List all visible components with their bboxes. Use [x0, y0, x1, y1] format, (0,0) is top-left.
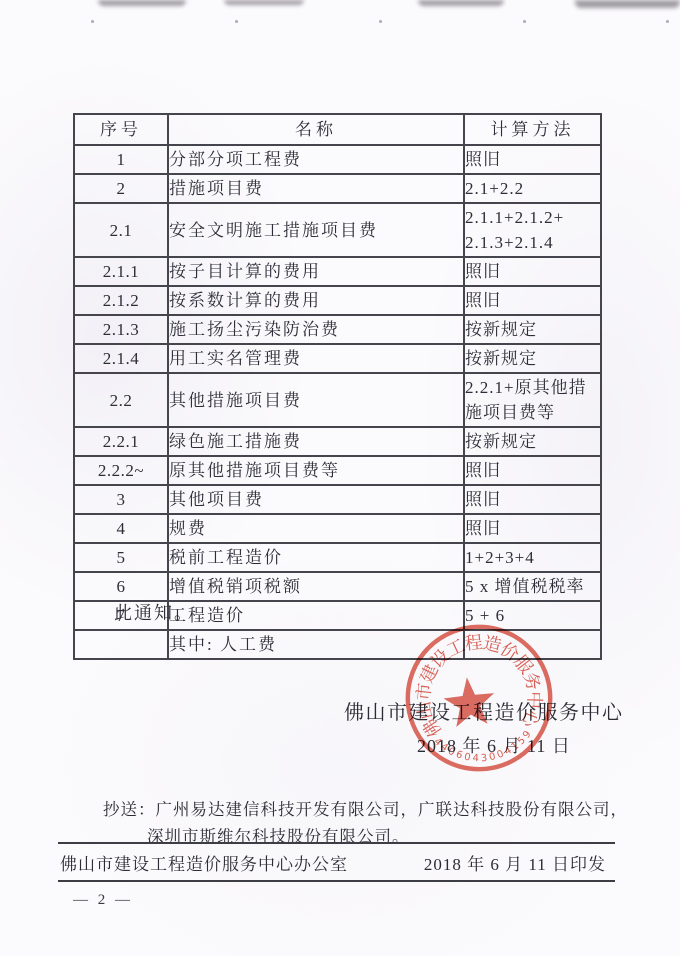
table-row: 6增值税销项税额5 x 增值税税率	[74, 572, 601, 601]
row-name: 施工扬尘污染防治费	[168, 315, 464, 344]
row-no: 2.2	[74, 373, 168, 427]
row-no: 2.2.1	[74, 427, 168, 456]
row-name: 安全文明施工措施项目费	[168, 203, 464, 257]
row-no: 6	[74, 572, 168, 601]
row-method: 2.1.1+2.1.2+ 2.1.3+2.1.4	[464, 203, 601, 257]
footer-divider-top	[58, 842, 615, 844]
notice-closing-text: 此通知。	[114, 599, 194, 625]
table-row: 2.2.1绿色施工措施费按新规定	[74, 427, 601, 456]
row-name: 用工实名管理费	[168, 344, 464, 373]
row-method: 照旧	[464, 286, 601, 315]
row-no: 3	[74, 485, 168, 514]
table-row: 2.1.3施工扬尘污染防治费按新规定	[74, 315, 601, 344]
table-row: 5税前工程造价1+2+3+4	[74, 543, 601, 572]
row-no: 2	[74, 174, 168, 203]
row-method: 1+2+3+4	[464, 543, 601, 572]
row-no: 2.1.1	[74, 257, 168, 286]
row-method: 2.1+2.2	[464, 174, 601, 203]
row-name: 绿色施工措施费	[168, 427, 464, 456]
row-name: 规费	[168, 514, 464, 543]
footer-divider-bottom	[58, 880, 615, 882]
row-no: 2.1.4	[74, 344, 168, 373]
row-name: 其他项目费	[168, 485, 464, 514]
table-row: 4规费照旧	[74, 514, 601, 543]
footer-print-date: 2018 年 6 月 11 日印发	[424, 850, 606, 875]
row-method: 照旧	[464, 485, 601, 514]
row-no: 2.1.2	[74, 286, 168, 315]
row-name: 其他措施项目费	[168, 373, 464, 427]
row-name: 原其他措施项目费等	[168, 456, 464, 485]
row-name: 按子目计算的费用	[168, 257, 464, 286]
cc-line-2: 深圳市斯维尔科技股份有限公司。	[103, 823, 628, 850]
row-method: 按新规定	[464, 344, 601, 373]
row-no: 4	[74, 514, 168, 543]
scan-top-edge-artifact	[0, 0, 680, 9]
row-no: 2.2.2~	[74, 456, 168, 485]
seal-star-icon	[442, 675, 498, 728]
row-method: 2.2.1+原其他措 施项目费等	[464, 373, 601, 427]
row-no: 1	[74, 145, 168, 174]
row-name: 按系数计算的费用	[168, 286, 464, 315]
row-name: 措施项目费	[168, 174, 464, 203]
row-method: 照旧	[464, 514, 601, 543]
fee-calculation-table: 序号 名称 计算方法 1分部分项工程费照旧 2措施项目费2.1+2.2 2.1安…	[73, 113, 602, 660]
footer-issuer: 佛山市建设工程造价服务中心办公室	[60, 850, 348, 875]
table-row: 2措施项目费2.1+2.2	[74, 174, 601, 203]
table-row: 2.1安全文明施工措施项目费2.1.1+2.1.2+ 2.1.3+2.1.4	[74, 203, 601, 257]
row-method: 照旧	[464, 145, 601, 174]
page-number: — 2 —	[73, 892, 133, 909]
row-no: 2.1	[74, 203, 168, 257]
official-seal-stamp: 佛山市建设工程造价服务中心 4406043004159	[383, 602, 574, 793]
table-row: 2.1.1按子目计算的费用照旧	[74, 257, 601, 286]
row-name: 分部分项工程费	[168, 145, 464, 174]
row-no: 5	[74, 543, 168, 572]
table-row: 2.2其他措施项目费2.2.1+原其他措 施项目费等	[74, 373, 601, 427]
row-method: 照旧	[464, 257, 601, 286]
row-no: 2.1.3	[74, 315, 168, 344]
table-header-row: 序号 名称 计算方法	[74, 114, 601, 145]
cc-line-1: 抄送：广州易达建信科技开发有限公司，广联达科技股份有限公司，	[103, 796, 628, 823]
header-method: 计算方法	[464, 114, 601, 145]
header-no: 序号	[74, 114, 168, 145]
row-method: 按新规定	[464, 315, 601, 344]
row-method: 按新规定	[464, 427, 601, 456]
table-row: 2.2.2~原其他措施项目费等照旧	[74, 456, 601, 485]
footer-issuer-row: 佛山市建设工程造价服务中心办公室 2018 年 6 月 11 日印发	[60, 850, 606, 875]
table-row: 2.1.2按系数计算的费用照旧	[74, 286, 601, 315]
row-name: 税前工程造价	[168, 543, 464, 572]
row-no	[74, 630, 168, 659]
row-method: 5 x 增值税税率	[464, 572, 601, 601]
row-name: 增值税销项税额	[168, 572, 464, 601]
table-row: 3其他项目费照旧	[74, 485, 601, 514]
table-row: 1分部分项工程费照旧	[74, 145, 601, 174]
header-name: 名称	[168, 114, 464, 145]
table-row: 2.1.4用工实名管理费按新规定	[74, 344, 601, 373]
row-method: 照旧	[464, 456, 601, 485]
